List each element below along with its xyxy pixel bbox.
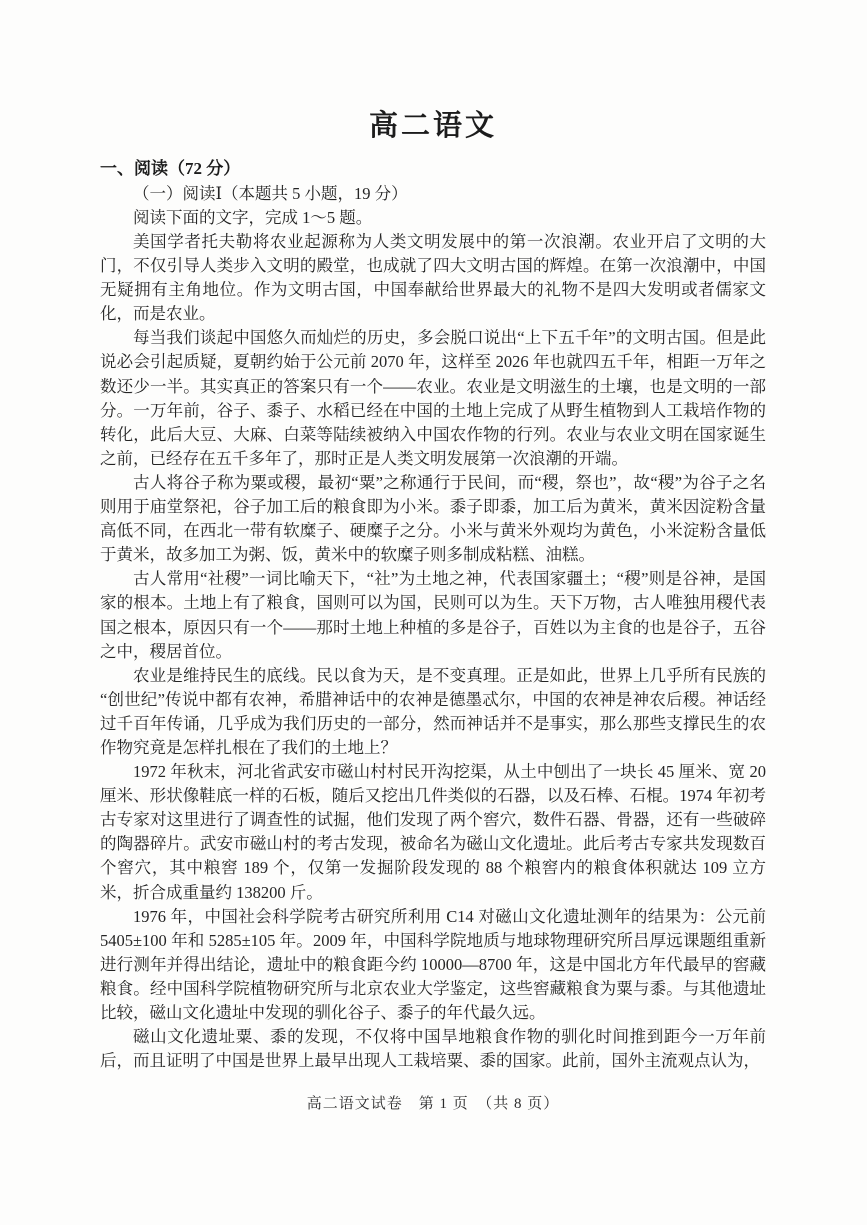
passage-paragraph-1: 美国学者托夫勒将农业起源称为人类文明发展中的第一次浪潮。农业开启了文明的大门，不… [100, 230, 766, 326]
subsection-heading-reading-1: （一）阅读Ⅰ（本题共 5 小题，19 分） [100, 182, 766, 206]
passage-paragraph-2: 每当我们谈起中国悠久而灿烂的历史，多会脱口说出“上下五千年”的文明古国。但是此说… [100, 326, 766, 471]
page-footer: 高二语文试卷 第 1 页 （共 8 页） [100, 1092, 766, 1113]
reading-passage: 美国学者托夫勒将农业起源称为人类文明发展中的第一次浪潮。农业开启了文明的大门，不… [100, 230, 766, 1073]
passage-paragraph-4: 古人常用“社稷”一词比喻天下，“社”为土地之神，代表国家疆土；“稷”则是谷神，是… [100, 567, 766, 663]
reading-instruction: 阅读下面的文字，完成 1～5 题。 [100, 206, 766, 230]
section-heading-reading: 一、阅读（72 分） [100, 156, 766, 182]
passage-paragraph-3: 古人将谷子称为粟或稷，最初“粟”之称通行于民间，而“稷，祭也”，故“稷”为谷子之… [100, 471, 766, 567]
exam-paper-page: 高二语文 一、阅读（72 分） （一）阅读Ⅰ（本题共 5 小题，19 分） 阅读… [0, 0, 867, 1225]
passage-paragraph-5: 农业是维持民生的底线。民以食为天，是不变真理。正是如此，世界上几乎所有民族的“创… [100, 664, 766, 760]
passage-paragraph-8: 磁山文化遗址粟、黍的发现，不仅将中国旱地粮食作物的驯化时间推到距今一万年前后，而… [100, 1025, 766, 1073]
passage-paragraph-6: 1972 年秋末，河北省武安市磁山村村民开沟挖渠，从土中刨出了一块长 45 厘米… [100, 760, 766, 905]
passage-paragraph-7: 1976 年，中国社会科学院考古研究所利用 C14 对磁山文化遗址测年的结果为：… [100, 905, 766, 1025]
page-title: 高二语文 [100, 106, 766, 146]
